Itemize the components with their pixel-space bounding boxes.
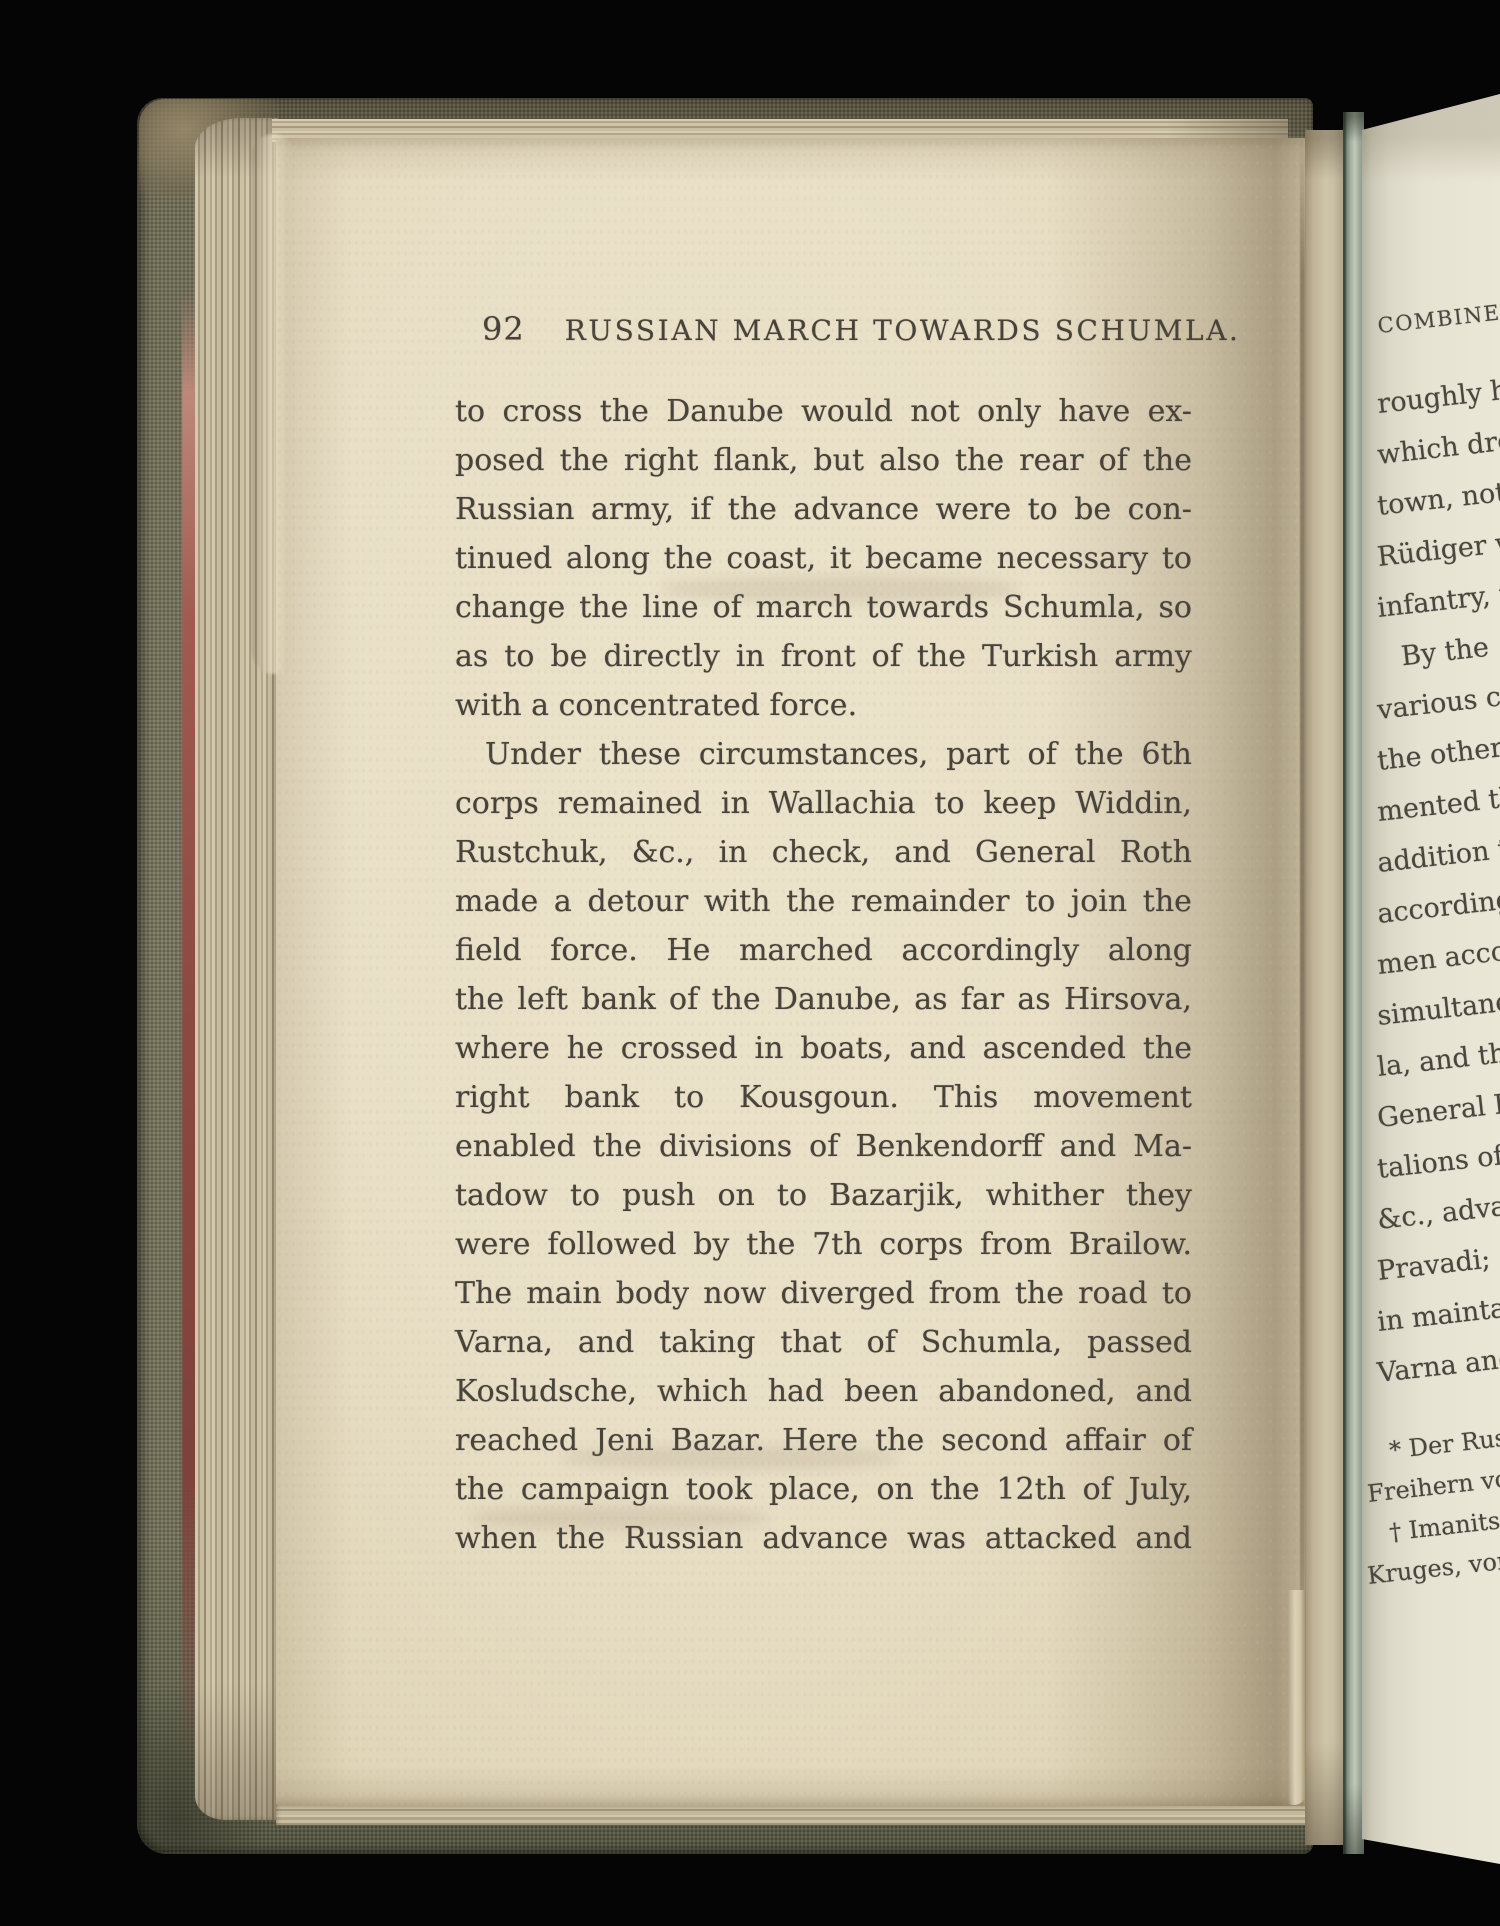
- right-page-edge-strip: [1343, 112, 1364, 1854]
- right-running-header: COMBINED M: [1376, 295, 1500, 338]
- text-line: Rustchuk,&c.,incheck,andGeneralRoth: [455, 828, 1192, 877]
- text-line: theleftbankoftheDanube,asfarasHirsova,: [455, 975, 1192, 1024]
- text-line: with a concentrated force.: [455, 681, 1192, 730]
- show-through-stain: [470, 1506, 770, 1530]
- text-line: posedtherightflank,butalsotherearofthe: [455, 436, 1192, 485]
- show-through-stain: [560, 1446, 900, 1470]
- body-text: tocrosstheDanubewouldnotonlyhaveex-posed…: [455, 387, 1192, 1563]
- text-line: fieldforce.Hemarchedaccordinglyalong: [455, 926, 1192, 975]
- show-through-stain: [660, 576, 1020, 602]
- text-line: roughly ha: [1375, 335, 1500, 430]
- text-line: Kosludsche,whichhadbeenabandoned,and: [455, 1367, 1192, 1416]
- text-line: astobedirectlyinfrontoftheTurkisharmy: [455, 632, 1192, 681]
- gutter-roll: [1305, 130, 1343, 1845]
- gutter-crease: [1300, 138, 1305, 1806]
- text-line: tocrosstheDanubewouldnotonlyhaveex-: [455, 387, 1192, 436]
- text-line: wherehecrossedinboats,andascendedthe: [455, 1024, 1192, 1073]
- right-page: COMBINED M roughly hawhich drovtown, not…: [1362, 92, 1500, 1882]
- running-header: 92 RUSSIAN MARCH TOWARDS SCHUMLA.: [455, 310, 1200, 354]
- text-line: Russianarmy,iftheadvanceweretobecon-: [455, 485, 1192, 534]
- book-photo-scene: 92 RUSSIAN MARCH TOWARDS SCHUMLA. tocros…: [0, 0, 1500, 1926]
- text-line: werefollowedbythe7thcorpsfromBrailow.: [455, 1220, 1192, 1269]
- text-line: Themainbodynowdivergedfromtheroadto: [455, 1269, 1192, 1318]
- text-line: Underthesecircumstances,partofthe6th: [455, 730, 1192, 779]
- spine-lining-red: [182, 290, 196, 1770]
- page-tear-highlight: [252, 134, 296, 674]
- text-line: madeadetourwiththeremaindertojointhe: [455, 877, 1192, 926]
- text-line: corpsremainedinWallachiatokeepWiddin,: [455, 779, 1192, 828]
- text-line: tadowtopushontoBazarjik,whitherthey: [455, 1171, 1192, 1220]
- running-header-title: RUSSIAN MARCH TOWARDS SCHUMLA.: [565, 314, 1241, 347]
- text-line: enabledthedivisionsofBenkendorffandMa-: [455, 1122, 1192, 1171]
- text-line: Varna,andtakingthatofSchumla,passed: [455, 1318, 1192, 1367]
- gutter-fold: [1288, 1590, 1306, 1805]
- right-footnotes: * Der RusFreihern von† ImanitschKruges, …: [1368, 1433, 1500, 1597]
- page-number: 92: [482, 310, 525, 348]
- text-line: rightbanktoKousgoun.Thismovement: [455, 1073, 1192, 1122]
- left-page: 92 RUSSIAN MARCH TOWARDS SCHUMLA. tocros…: [276, 138, 1345, 1806]
- right-body-text: roughly hawhich drovtown, notwRüdiger wi…: [1378, 379, 1500, 1399]
